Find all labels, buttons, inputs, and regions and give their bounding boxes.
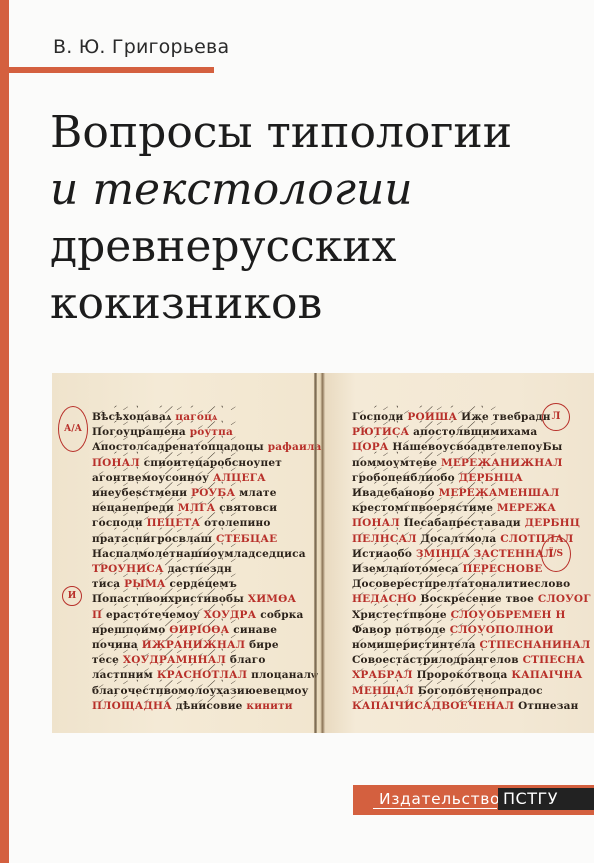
publisher-name: ПСТГУ — [498, 788, 594, 810]
title-line-4: кокизников — [50, 275, 590, 332]
manuscript-right-line: КАПАІЧИСАДВОЕЧЕНАЛ Отпнезан — [352, 700, 579, 712]
red-rubric-text: СТПЕСНА — [523, 654, 585, 666]
black-ink-text: плоцаналѡ — [251, 669, 318, 681]
red-rubric-text: кинити — [246, 700, 292, 712]
red-rubric-text: Н — [556, 609, 566, 621]
red-rubric-text: КАПАІЧНА — [511, 669, 582, 681]
left-accent-bar — [0, 0, 9, 863]
black-ink-text: дѣнисовие — [176, 700, 247, 712]
black-ink-text: бире — [249, 639, 279, 651]
publisher-band: Издательство ПСТГУ — [353, 785, 594, 815]
title-line-3: древнерусских — [50, 218, 590, 275]
red-rubric-text: СЛОТПЛАЛ — [500, 533, 573, 545]
manuscript-left-page: А/А И ⸝ ˊ ⸍ ˋ ⸝ ˊ ⁄ ⸍ ˊ ⸝ ⁄ ˋ ⸍Вѣсѣхоцав… — [52, 373, 315, 733]
red-rubric-text: ХИМѲА — [248, 593, 296, 605]
manuscript-left-line: ПЛОЩАДНА дѣнисовие кинити — [92, 700, 293, 712]
manuscript-image: А/А И ⸝ ˊ ⸍ ˋ ⸝ ˊ ⁄ ⸍ ˊ ⸝ ⁄ ˋ ⸍Вѣсѣхоцав… — [52, 373, 594, 733]
author-underline-bar — [9, 67, 214, 73]
red-rubric-text: ДЕРБНЦ — [525, 517, 580, 529]
title-line-2: и текстологии — [50, 161, 590, 218]
black-ink-text: млате — [239, 487, 277, 499]
manuscript-spine — [314, 373, 317, 733]
margin-mark-left-2: И — [62, 586, 82, 606]
red-rubric-text: КАПАІЧИСАДВОЕЧЕНАЛ — [352, 700, 518, 712]
red-rubric-text: ПЛОЩАДНА — [92, 700, 176, 712]
title-line-1: Вопросы типологии — [50, 104, 590, 161]
red-rubric-text: СЛОУОГ — [538, 593, 591, 605]
black-ink-text: Отпнезан — [518, 700, 579, 712]
margin-mark-left-1: А/А — [58, 406, 88, 452]
black-ink-text: синаве — [233, 624, 277, 636]
manuscript-right-page: Л Ї/S ⸝ ˊ ⸍ ˋ ⸝ ˊ ⁄ ⸍ ˊ ⸝ ⁄ ˋ ⸍Господи Р… — [318, 373, 594, 733]
book-title: Вопросы типологии и текстологии древнеру… — [50, 104, 590, 332]
author-name: В. Ю. Григорьева — [53, 36, 229, 58]
publisher-underline — [373, 808, 497, 809]
red-rubric-text: МЕРЕЖА — [497, 502, 556, 514]
black-ink-text: собрка — [260, 609, 303, 621]
publisher-label: Издательство — [379, 790, 500, 808]
